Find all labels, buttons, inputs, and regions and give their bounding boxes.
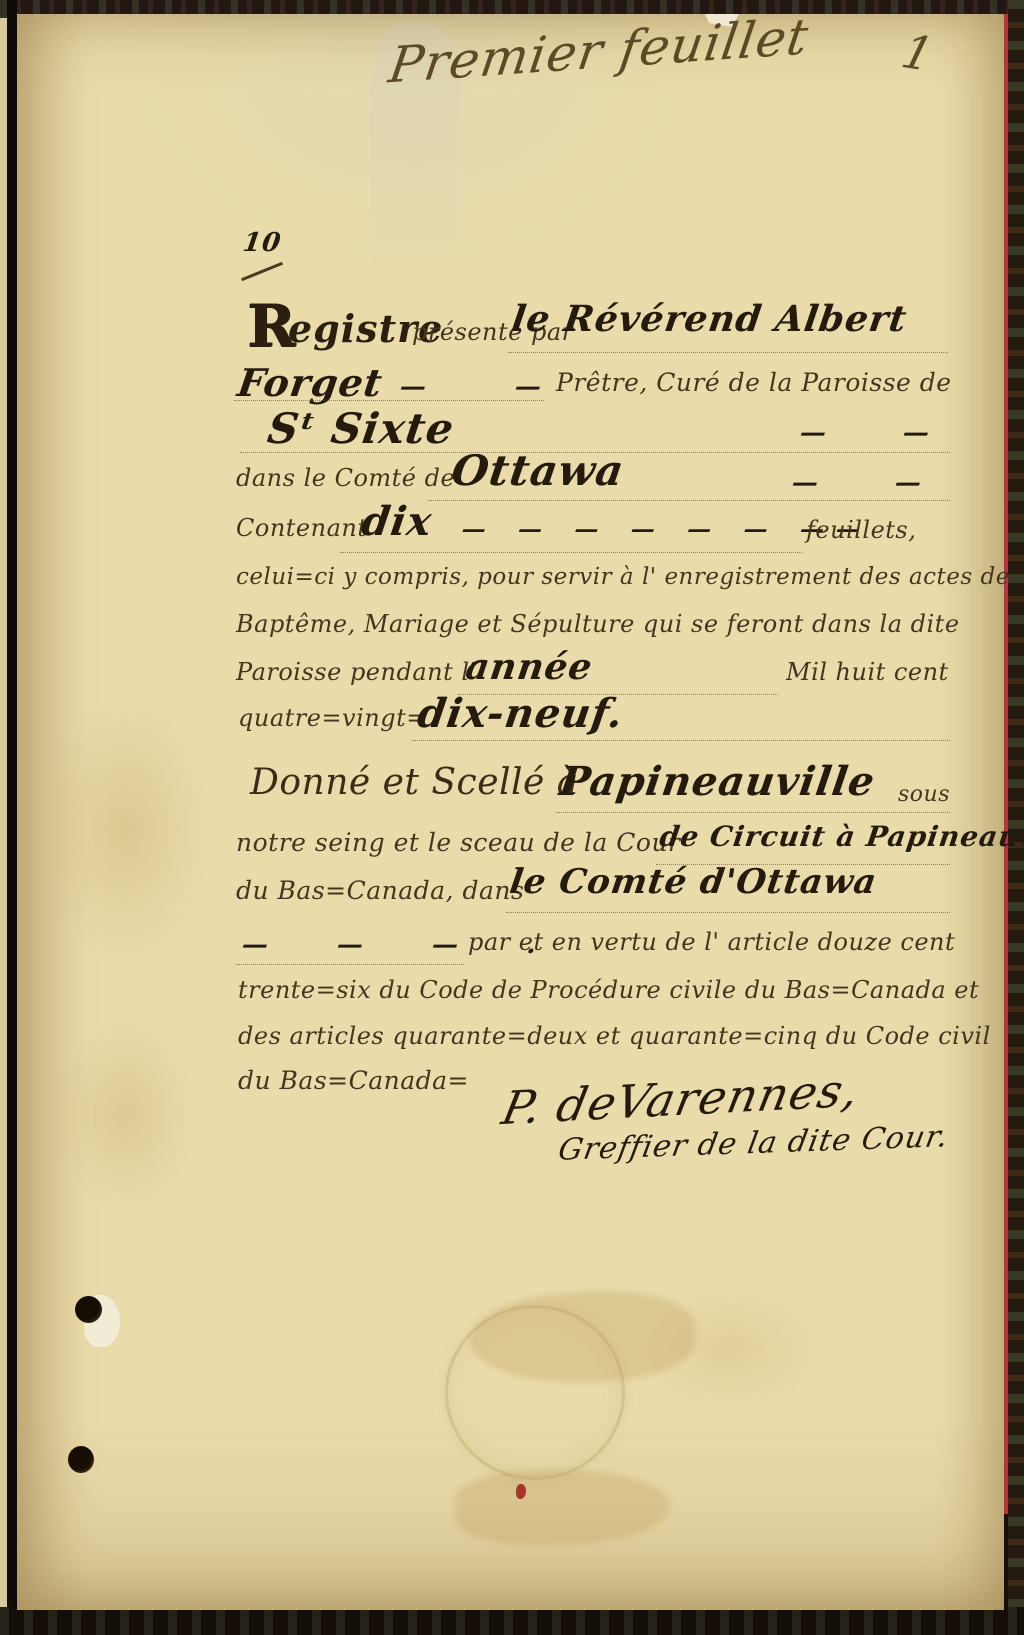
fill-in-rule bbox=[236, 964, 464, 965]
line5-printed: Contenant bbox=[236, 514, 367, 542]
line5-hand-entry: dix bbox=[359, 498, 436, 545]
fill-in-rule bbox=[412, 740, 950, 741]
line11-printed: notre seing et le sceau de la Cour bbox=[236, 828, 681, 857]
line6-printed: celui=ci y compris, pour servir à l' enr… bbox=[236, 564, 1010, 590]
previous-page-edge bbox=[0, 18, 7, 1608]
line15-printed: des articles quarante=deux et quarante=c… bbox=[238, 1022, 991, 1050]
line10-printed-suffix: sous bbox=[898, 782, 950, 807]
line9-printed: quatre=vingt= bbox=[238, 704, 427, 732]
line14-printed: trente=six du Code de Procédure civile d… bbox=[238, 976, 979, 1004]
line9-hand-entry: dix-neuf. bbox=[415, 690, 627, 737]
punch-hole-bottom bbox=[68, 1446, 94, 1473]
folio-annotation: 10 bbox=[241, 228, 283, 258]
line5-printed-suffix: feuillets, bbox=[806, 516, 916, 544]
embossed-seal bbox=[445, 1305, 625, 1480]
binding-gutter-left bbox=[7, 0, 17, 1635]
punch-hole-top bbox=[75, 1296, 102, 1323]
line7-printed: Baptême, Mariage et Sépulture qui se fer… bbox=[236, 610, 960, 638]
fill-in-rule bbox=[508, 352, 948, 353]
line10-printed: Donné et Scellé à bbox=[250, 762, 579, 803]
line4-hand-entry: Ottawa bbox=[449, 446, 628, 495]
line1-hand-entry: le Révérend Albert bbox=[509, 298, 910, 340]
line4-printed: dans le Comté de bbox=[236, 464, 455, 492]
line3-hand-dashes: — — bbox=[798, 418, 965, 448]
line16-printed: du Bas=Canada= bbox=[238, 1066, 469, 1095]
book-binding-bottom bbox=[0, 1607, 1024, 1635]
line10-hand-entry: Papineauville bbox=[557, 758, 879, 805]
line2-hand-entry: Forget bbox=[235, 360, 386, 405]
line8-printed: Paroisse pendant l' bbox=[236, 658, 477, 686]
line8-printed-suffix: Mil huit cent bbox=[786, 658, 949, 686]
line3-hand-entry: Sᵗ Sixte bbox=[265, 404, 458, 453]
line12-printed: du Bas=Canada, dans bbox=[236, 876, 524, 905]
line11-hand-entry: de Circuit à Papineauville bbox=[658, 820, 1024, 853]
book-binding-right bbox=[1008, 0, 1024, 1635]
fill-in-rule bbox=[340, 552, 802, 553]
line4-hand-dashes: — — bbox=[790, 468, 957, 498]
line12-hand-entry: le Comté d'Ottawa bbox=[507, 862, 879, 902]
line8-hand-entry: année bbox=[463, 646, 595, 688]
fill-in-rule bbox=[506, 912, 950, 913]
line13-printed: par et en vertu de l' article douze cent bbox=[468, 928, 955, 956]
line2-printed: Prêtre, Curé de la Paroisse de bbox=[556, 368, 952, 397]
fill-in-rule bbox=[234, 400, 544, 401]
fill-in-rule bbox=[428, 500, 950, 501]
fill-in-rule bbox=[556, 812, 950, 813]
